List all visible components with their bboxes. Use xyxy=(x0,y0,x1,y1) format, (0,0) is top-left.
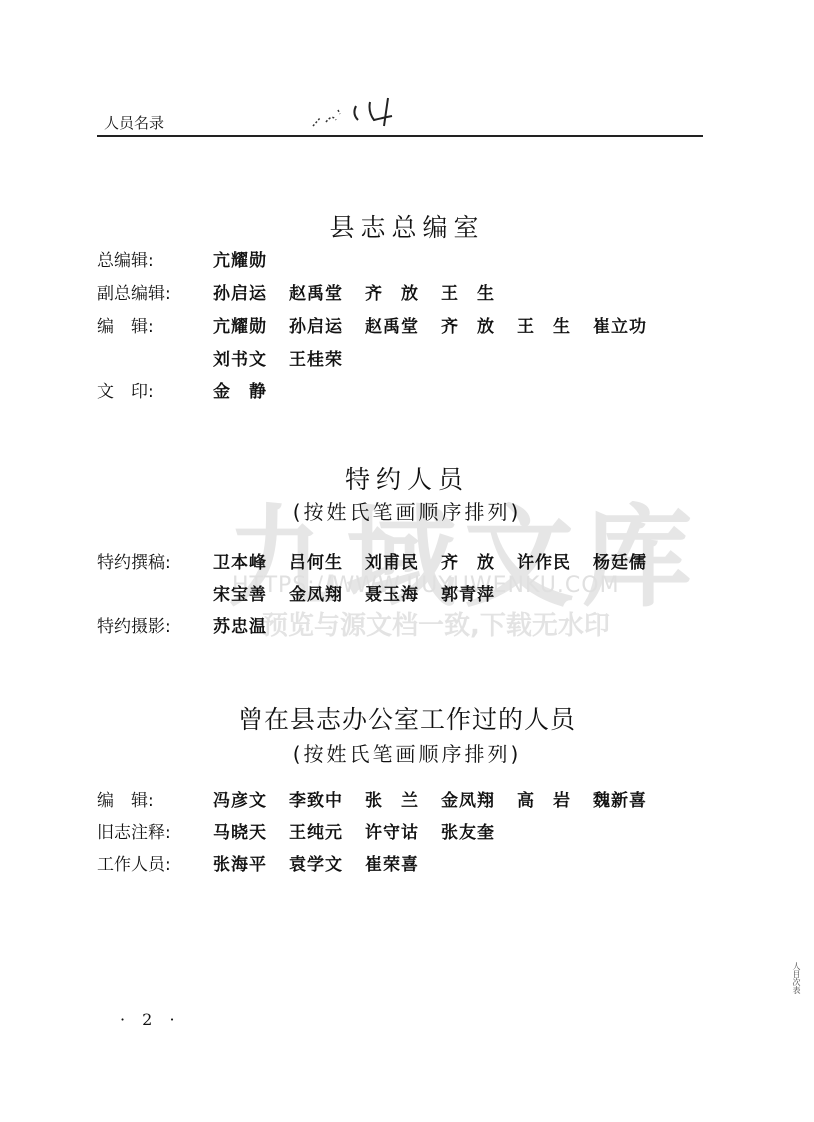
role-label-text: 特约撰稿: xyxy=(97,548,171,573)
section-subtitle: (按姓氏笔画顺序排列) xyxy=(0,738,814,767)
person-name: 许守诂 xyxy=(365,823,419,843)
person-name: 杨廷儒 xyxy=(593,553,647,573)
person-name: 金凤翔 xyxy=(289,585,343,605)
person-name: 齐 放 xyxy=(441,553,495,573)
names: 冯彦文李致中张 兰金凤翔高 岩魏新喜 xyxy=(213,786,669,811)
person-name: 赵禹堂 xyxy=(289,284,343,304)
person-name: 王桂荣 xyxy=(289,350,343,370)
person-name: 刘书文 xyxy=(213,350,267,370)
names: 亢耀勋孙启运赵禹堂齐 放王 生崔立功 xyxy=(213,312,669,337)
names: 卫本峰吕何生刘甫民齐 放许作民杨廷儒 xyxy=(213,548,669,573)
person-name: 冯彦文 xyxy=(213,791,267,811)
role-label-text: 总编辑: xyxy=(97,246,154,271)
person-name: 金凤翔 xyxy=(441,791,495,811)
person-name: 张 兰 xyxy=(365,791,419,811)
role-label: 特约摄影: xyxy=(97,612,201,637)
person-name: 李致中 xyxy=(289,791,343,811)
person-name: 苏忠温 xyxy=(213,617,267,637)
section-subtitle: (按姓氏笔画顺序排列) xyxy=(0,496,814,525)
person-name: 魏新喜 xyxy=(593,791,647,811)
section-title-special-staff: 特约人员 xyxy=(0,460,814,496)
person-name: 亢耀勋 xyxy=(213,251,267,271)
role-label: 总编辑: xyxy=(97,246,201,271)
person-name: 马晓天 xyxy=(213,823,267,843)
role-label-text: 编 辑: xyxy=(97,312,154,337)
page-number: · 2 · xyxy=(120,1010,181,1029)
names: 金 静 xyxy=(213,377,289,402)
person-name: 王 生 xyxy=(441,284,495,304)
role-label-text: 副总编辑: xyxy=(97,279,171,304)
person-name: 王 生 xyxy=(517,317,571,337)
person-name: 齐 放 xyxy=(441,317,495,337)
role-label: 编 辑: xyxy=(97,312,201,337)
person-name: 金 静 xyxy=(213,382,267,402)
person-name: 高 岩 xyxy=(517,791,571,811)
names: 刘书文王桂荣 xyxy=(213,345,365,370)
person-name: 卫本峰 xyxy=(213,553,267,573)
person-name: 齐 放 xyxy=(365,284,419,304)
role-label-text: 文 印: xyxy=(97,377,154,402)
person-name: 袁学文 xyxy=(289,855,343,875)
person-name: 崔立功 xyxy=(593,317,647,337)
names: 亢耀勋 xyxy=(213,246,289,271)
role-label-text: 旧志注释: xyxy=(97,818,171,843)
watermark-note: 预览与源文档一致,下载无水印 xyxy=(262,605,610,642)
role-label: 副总编辑: xyxy=(97,279,201,304)
section-title-editorial-office: 县志总编室 xyxy=(0,208,814,244)
person-name: 孙启运 xyxy=(289,317,343,337)
header-rule xyxy=(97,135,703,137)
person-name: 许作民 xyxy=(517,553,571,573)
names: 孙启运赵禹堂齐 放王 生 xyxy=(213,279,517,304)
person-name: 刘甫民 xyxy=(365,553,419,573)
person-name: 亢耀勋 xyxy=(213,317,267,337)
names: 马晓天王纯元许守诂张友奎 xyxy=(213,818,517,843)
person-name: 崔荣喜 xyxy=(365,855,419,875)
person-name: 郭青萍 xyxy=(441,585,495,605)
person-name: 吕何生 xyxy=(289,553,343,573)
running-title: 人员名录 xyxy=(104,112,164,133)
role-label-text: 特约摄影: xyxy=(97,612,171,637)
role-label-text: 编 辑: xyxy=(97,786,154,811)
role-label: 编 辑: xyxy=(97,786,201,811)
person-name: 王纯元 xyxy=(289,823,343,843)
role-label-text: 工作人员: xyxy=(97,850,171,875)
person-name: 赵禹堂 xyxy=(365,317,419,337)
role-label: 工作人员: xyxy=(97,850,201,875)
person-name: 张海平 xyxy=(213,855,267,875)
margin-marks: 人目次表 xyxy=(792,962,802,1022)
section-title-former-staff: 曾在县志办公室工作过的人员 xyxy=(0,700,814,736)
names: 宋宝善金凤翔聂玉海郭青萍 xyxy=(213,580,517,605)
person-name: 孙启运 xyxy=(213,284,267,304)
role-label: 特约撰稿: xyxy=(97,548,201,573)
person-name: 宋宝善 xyxy=(213,585,267,605)
names: 苏忠温 xyxy=(213,612,289,637)
person-name: 聂玉海 xyxy=(365,585,419,605)
person-name: 张友奎 xyxy=(441,823,495,843)
role-label: 文 印: xyxy=(97,377,201,402)
names: 张海平袁学文崔荣喜 xyxy=(213,850,441,875)
role-label: 旧志注释: xyxy=(97,818,201,843)
handwritten-scribble-icon xyxy=(308,96,428,130)
